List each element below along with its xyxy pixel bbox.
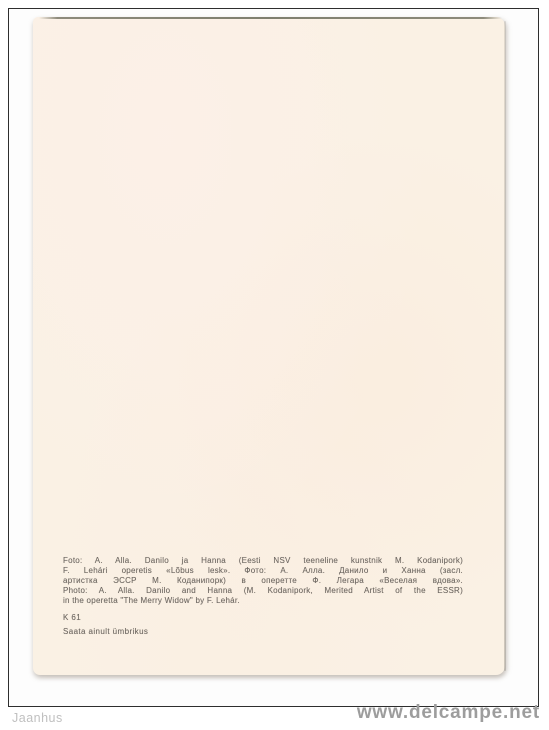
watermark-delcampe: www.delcampe.net	[357, 702, 540, 724]
credit-line-estonian-1: Foto: A. Alla. Danilo ja Hanna (Eesti NS…	[63, 556, 463, 566]
credits-block: Foto: A. Alla. Danilo ja Hanna (Eesti NS…	[63, 556, 463, 606]
postcard-back: Foto: A. Alla. Danilo ja Hanna (Eesti NS…	[33, 17, 505, 675]
credit-line-english-1: Photo: A. Alla. Danilo and Hanna (M. Kod…	[63, 586, 463, 596]
credit-line-russian-2: артистка ЭССР М. Коданипорк) в оперетте …	[63, 576, 463, 586]
catalog-number: K 61	[63, 613, 81, 622]
scan-frame-border: Foto: A. Alla. Danilo ja Hanna (Eesti NS…	[8, 8, 539, 707]
mailing-note: Saata ainult ümbrikus	[63, 627, 148, 636]
watermark-jaanhus: Jaanhus	[12, 711, 63, 725]
credit-line-english-2: in the operetta "The Merry Widow" by F. …	[63, 596, 463, 606]
credit-line-estonian-russian: F. Lehári operetis «Lõbus lesk». Фото: А…	[63, 566, 463, 576]
scanned-postcard-image: Foto: A. Alla. Danilo ja Hanna (Eesti NS…	[0, 0, 549, 730]
